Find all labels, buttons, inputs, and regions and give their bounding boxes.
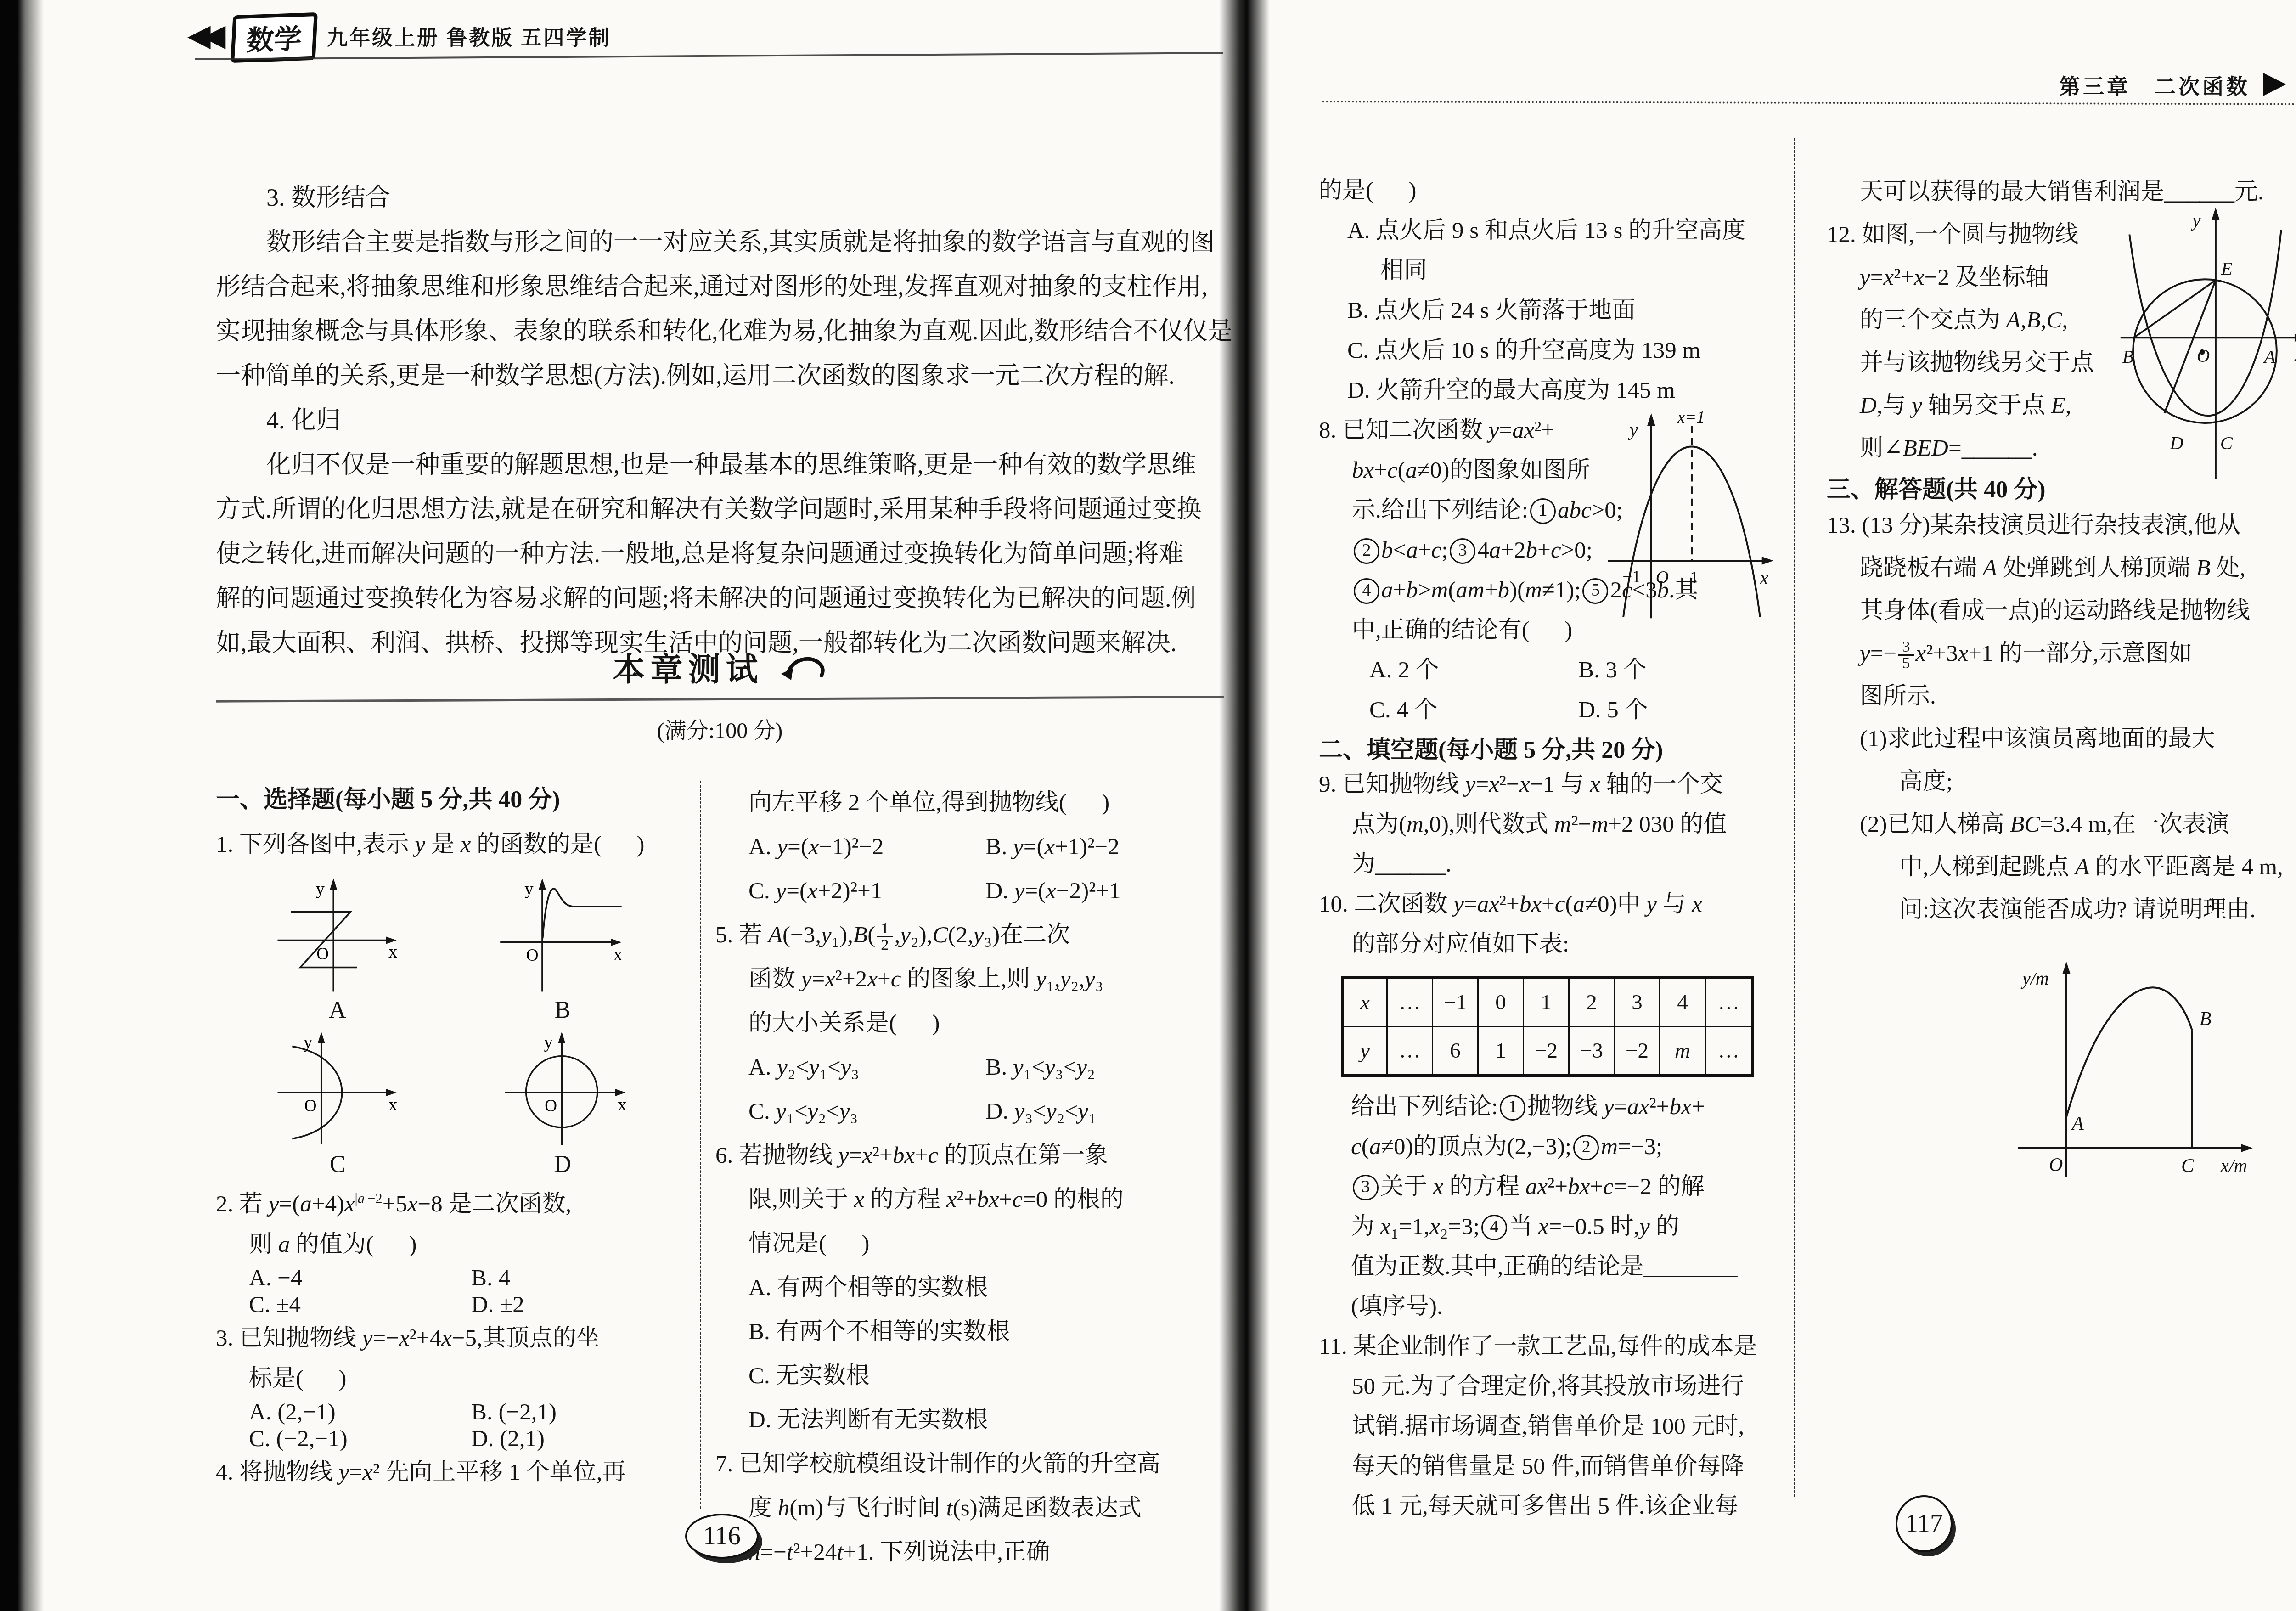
svg-text:−1: −1 xyxy=(1622,568,1641,586)
text-line: 限,则关于 x 的方程 x²+bx+c=0 的根的 xyxy=(715,1177,1223,1222)
svg-text:B: B xyxy=(2122,346,2134,367)
table-cell: 2 xyxy=(1570,979,1615,1026)
svg-text:x: x xyxy=(388,1095,397,1115)
question-12-figure: y x E B O A D C xyxy=(2116,203,2296,485)
text-line: D. 无法判断有无实数根 xyxy=(715,1398,1223,1442)
text-line: 的大小关系是( ) xyxy=(715,1001,1223,1045)
section-2-heading: 二、填空题(每小题 5 分,共 20 分) xyxy=(1319,730,1787,765)
svg-text:O: O xyxy=(316,945,329,963)
intro-section: 3. 数形结合 数形结合主要是指数与形之间的一一对应关系,其实质就是将抽象的数学… xyxy=(216,175,1224,665)
graph-a-zigzag: y x O xyxy=(269,873,406,997)
option: B. 4 xyxy=(471,1265,693,1291)
text-line: 中,人梯到起跳点 A 的水平距离是 4 m, xyxy=(1827,846,2296,889)
text-line: 数形结合主要是指数与形之间的一一对应关系,其实质就是将抽象的数学语言与直观的图 xyxy=(216,220,1224,265)
svg-text:x: x xyxy=(1760,567,1768,588)
page-number-value: 116 xyxy=(703,1521,741,1551)
text-line: 问:这次表演能否成功? 请说明理由. xyxy=(1827,889,2296,931)
header-rule-left xyxy=(195,52,1223,60)
svg-text:O: O xyxy=(545,1097,557,1115)
option: D. (2,1) xyxy=(471,1425,693,1452)
text-line: 为______. xyxy=(1319,845,1787,884)
svg-text:D: D xyxy=(2169,432,2183,453)
option: A. y₂<y₁<y₃ xyxy=(748,1045,986,1089)
book-spine-shadow xyxy=(1219,0,1270,1611)
graph-option-a: y x O A xyxy=(225,873,450,1024)
chapter-test-banner: 本章测试 xyxy=(216,644,1224,690)
intro-subsection-3-title: 3. 数形结合 xyxy=(216,175,1224,220)
option: C. ±4 xyxy=(249,1291,471,1318)
subject-logo-label: 数学 xyxy=(246,17,303,58)
text-line: C. 无实数根 xyxy=(715,1354,1223,1398)
question-1-graphs: y x O A y x O xyxy=(225,873,675,1178)
graph-c-sideways-parabola: y x O xyxy=(269,1028,406,1151)
table-cell: 3 xyxy=(1615,979,1660,1026)
text-line: 方式.所谓的化归思想方法,就是在研究和解决有关数学问题时,采用某种手段将问题通过… xyxy=(216,487,1224,532)
banner-rule xyxy=(216,696,1224,703)
right-page-column-1: 的是( ) A. 点火后 9 s 和点火后 13 s 的升空高度相同B. 点火后… xyxy=(1319,171,1787,1527)
left-page-column-1: 一、选择题(每小题 5 分,共 40 分) 1. 下列各图中,表示 y 是 x … xyxy=(216,777,693,1493)
page-number-left: 116 xyxy=(685,1514,759,1559)
left-page-column-2: 向左平移 2 个单位,得到抛物线( ) A. y=(x−1)²−2B. y=(x… xyxy=(715,781,1223,1574)
intro-subsection-3-body: 数形结合主要是指数与形之间的一一对应关系,其实质就是将抽象的数学语言与直观的图形… xyxy=(216,220,1224,398)
option: C. (−2,−1) xyxy=(249,1425,471,1452)
header-arrows-left-icon: ◀◀ xyxy=(187,17,218,53)
svg-text:y/m: y/m xyxy=(2020,968,2049,989)
svg-text:O: O xyxy=(2049,1155,2063,1176)
question-7-continued: 的是( ) xyxy=(1319,171,1787,211)
question-3-options: A. (2,−1)B. (−2,1)C. (−2,−1)D. (2,1) xyxy=(216,1399,693,1452)
score-note: (满分:100 分) xyxy=(216,713,1224,744)
svg-text:y: y xyxy=(304,1032,313,1052)
text-line: 3. 已知抛物线 y=−x²+4x−5,其顶点的坐 xyxy=(216,1318,693,1358)
text-line: B. 点火后 24 s 火箭落于地面 xyxy=(1347,291,1787,331)
question-10-conclusions: 给出下列结论:1抛物线 y=ax²+bx+c(a≠0)的顶点为(2,−3);2m… xyxy=(1351,1087,1787,1327)
return-arrow-icon xyxy=(777,651,827,684)
option: B. y=(x+1)²−2 xyxy=(986,825,1223,869)
graph-d-circle: y x O xyxy=(494,1028,631,1151)
text-line: c(a≠0)的顶点为(2,−3);2m=−3; xyxy=(1351,1127,1787,1167)
q10-value-table: x…−101234… y…61−2−3−2m… xyxy=(1341,976,1754,1077)
question-8-figure: y x x=1 −1 O 1 xyxy=(1602,408,1782,626)
svg-text:1: 1 xyxy=(1690,569,1699,587)
q12-circle-parabola-graph: y x E B O A D C xyxy=(2116,203,2296,483)
question-5: 5. 若 A(−3,y₁),B(12,y₂),C(2,y₃)在二次函数 y=x²… xyxy=(715,913,1223,1045)
q13-trajectory-graph: y/m x/m O A B C xyxy=(2007,952,2264,1181)
svg-text:x: x xyxy=(613,945,622,964)
option: A. (2,−1) xyxy=(249,1399,471,1425)
text-line: 50 元.为了合理定价,将其投放市场进行 xyxy=(1319,1367,1787,1407)
question-13-figure: y/m x/m O A B C xyxy=(2007,952,2264,1183)
svg-text:A: A xyxy=(2263,346,2276,367)
table-cell: … xyxy=(1706,979,1751,1026)
table-cell: 0 xyxy=(1479,979,1524,1026)
svg-text:y: y xyxy=(315,879,325,899)
svg-text:O: O xyxy=(1656,568,1669,587)
svg-text:y: y xyxy=(524,879,534,899)
graph-caption: B xyxy=(450,997,675,1024)
question-2-options: A. −4B. 4C. ±4D. ±2 xyxy=(216,1265,693,1318)
svg-text:E: E xyxy=(2221,258,2233,279)
text-line: 2. 若 y=(a+4)x|a|−2+5x−8 是二次函数, xyxy=(216,1178,693,1224)
text-line: 每天的销售量是 50 件,而销售单价每降 xyxy=(1319,1447,1787,1487)
option: A. −4 xyxy=(249,1265,471,1291)
text-line: A. 点火后 9 s 和点火后 13 s 的升空高度 xyxy=(1347,211,1787,251)
table-row-y: y…61−2−3−2m… xyxy=(1344,1027,1751,1074)
text-line: 则 a 的值为( ) xyxy=(216,1224,693,1265)
question-9: 9. 已知抛物线 y=x²−x−1 与 x 轴的一个交点为(m,0),则代数式 … xyxy=(1319,765,1787,884)
text-line: 标是( ) xyxy=(216,1358,693,1399)
graph-option-d: y x O D xyxy=(450,1028,675,1178)
table-row-x: x…−101234… xyxy=(1344,979,1751,1027)
option: C. y=(x+2)²+1 xyxy=(748,869,986,913)
text-line: 其身体(看成一点)的运动路线是抛物线 xyxy=(1827,590,2296,632)
graph-option-c: y x O C xyxy=(225,1028,450,1178)
question-4-continued: 向左平移 2 个单位,得到抛物线( ) xyxy=(715,781,1223,825)
option: B. 3 个 xyxy=(1578,650,1787,690)
text-line: 3关于 x 的方程 ax²+bx+c=−2 的解 xyxy=(1351,1167,1787,1207)
text-line: 度 h(m)与飞行时间 t(s)满足函数表达式 xyxy=(715,1486,1223,1530)
table-cell: x xyxy=(1344,979,1388,1026)
question-1: 1. 下列各图中,表示 y 是 x 的函数的是( ) xyxy=(216,823,693,866)
table-cell: 4 xyxy=(1660,979,1706,1026)
text-line: 点为(m,0),则代数式 m²−m+2 030 的值 xyxy=(1319,805,1787,845)
text-line: 跷跷板右端 A 处弹跳到人梯顶端 B 处, xyxy=(1827,547,2296,590)
page-number-right: 117 xyxy=(1896,1495,1953,1552)
textbook-scan: ◀◀ 数学 九年级上册 鲁教版 五四学制 3. 数形结合 数形结合主要是指数与形… xyxy=(0,0,2296,1611)
option: D. y₃<y₂<y₁ xyxy=(986,1089,1223,1133)
text-line: (1)求此过程中该演员离地面的最大 xyxy=(1827,718,2296,760)
option: A. 2 个 xyxy=(1369,650,1578,690)
question-2: 2. 若 y=(a+4)x|a|−2+5x−8 是二次函数,则 a 的值为( )… xyxy=(216,1178,693,1318)
text-line: 一种简单的关系,更是一种数学思想(方法).例如,运用二次函数的图象求一元二次方程… xyxy=(216,354,1224,398)
text-line: 4. 将抛物线 y=x² 先向上平移 1 个单位,再 xyxy=(216,1452,693,1493)
table-cell: −1 xyxy=(1433,979,1479,1026)
question-4-start: 4. 将抛物线 y=x² 先向上平移 1 个单位,再 xyxy=(216,1452,693,1493)
svg-text:x=1: x=1 xyxy=(1677,408,1705,427)
question-11: 11. 某企业制作了一款工艺品,每件的成本是50 元.为了合理定价,将其投放市场… xyxy=(1319,1327,1787,1527)
q8-parabola-graph: y x x=1 −1 O 1 xyxy=(1602,408,1782,624)
option: C. y₁<y₂<y₃ xyxy=(748,1089,986,1133)
table-cell: −3 xyxy=(1570,1027,1615,1074)
text-line: 相同 xyxy=(1347,251,1787,291)
header-rule-right xyxy=(1322,101,2296,105)
option: D. y=(x−2)²+1 xyxy=(986,869,1223,913)
svg-text:O: O xyxy=(2197,346,2210,366)
svg-text:B: B xyxy=(2200,1008,2212,1030)
question-4-options: A. y=(x−1)²−2B. y=(x+1)²−2C. y=(x+2)²+1D… xyxy=(715,825,1223,913)
svg-text:C: C xyxy=(2220,432,2233,453)
page-edge-shadow-left xyxy=(0,0,44,1611)
intro-subsection-4-title: 4. 化归 xyxy=(216,398,1224,443)
text-line: 值为正数.其中,正确的结论是________ xyxy=(1351,1247,1787,1287)
question-7: 7. 已知学校航模组设计制作的火箭的升空高度 h(m)与飞行时间 t(s)满足函… xyxy=(715,1442,1223,1574)
svg-text:y: y xyxy=(544,1032,553,1052)
svg-text:C: C xyxy=(2181,1155,2195,1177)
column-divider-right-page xyxy=(1794,138,1795,1497)
table-cell: m xyxy=(1660,1027,1706,1074)
text-line: B. 有两个不相等的实数根 xyxy=(715,1310,1223,1354)
question-13: 13. (13 分)某杂技演员进行杂技表演,他从跷跷板右端 A 处弹跳到人梯顶端… xyxy=(1827,504,2296,931)
table-cell: 1 xyxy=(1479,1027,1524,1074)
text-line: C. 点火后 10 s 的升空高度为 139 m xyxy=(1347,331,1787,371)
text-line: 给出下列结论:1抛物线 y=ax²+bx+ xyxy=(1351,1087,1787,1127)
question-8-options: A. 2 个B. 3 个C. 4 个D. 5 个 xyxy=(1319,650,1787,730)
text-line: 的部分对应值如下表: xyxy=(1319,924,1787,964)
table-cell: … xyxy=(1388,1027,1433,1074)
table-cell: … xyxy=(1388,979,1433,1026)
page-number-value: 117 xyxy=(1905,1509,1943,1538)
subject-logo: 数学 xyxy=(231,12,318,63)
text-line: 函数 y=x²+2x+c 的图象上,则 y₁,y₂,y₃ xyxy=(715,957,1223,1001)
option: A. y=(x−1)²−2 xyxy=(748,825,986,869)
text-line: 10. 二次函数 y=ax²+bx+c(a≠0)中 y 与 x xyxy=(1319,884,1787,924)
text-line: A. 有两个相等的实数根 xyxy=(715,1266,1223,1310)
text-line: 11. 某企业制作了一款工艺品,每件的成本是 xyxy=(1319,1327,1787,1367)
svg-text:y: y xyxy=(2190,209,2201,231)
text-line: 图所示. xyxy=(1827,675,2296,718)
graph-option-b: y x O B xyxy=(450,873,675,1024)
text-line: 形结合起来,将抽象思维和形象思维结合起来,通过对图形的处理,发挥直观对抽象的支柱… xyxy=(216,265,1224,309)
text-line: 高度; xyxy=(1827,760,2296,803)
option: D. ±2 xyxy=(471,1291,693,1318)
chapter-test-title: 本章测试 xyxy=(613,653,764,688)
text-line: 6. 若抛物线 y=x²+bx+c 的顶点在第一象 xyxy=(715,1133,1223,1177)
text-line: h=−t²+24t+1. 下列说法中,正确 xyxy=(715,1530,1223,1574)
question-5-options: A. y₂<y₁<y₃B. y₁<y₃<y₂C. y₁<y₂<y₃D. y₃<y… xyxy=(715,1045,1223,1133)
text-line: 情况是( ) xyxy=(715,1222,1223,1266)
text-line: 解的问题通过变换转化为容易求解的问题;将未解决的问题通过变换转化为已解决的问题.… xyxy=(216,576,1224,621)
svg-text:x: x xyxy=(388,942,397,962)
question-3: 3. 已知抛物线 y=−x²+4x−5,其顶点的坐标是( ) A. (2,−1)… xyxy=(216,1318,693,1452)
option: B. (−2,1) xyxy=(471,1399,693,1425)
svg-text:O: O xyxy=(304,1097,317,1115)
svg-text:x/m: x/m xyxy=(2220,1155,2247,1176)
chapter-header: 第三章 二次函数 xyxy=(2011,70,2250,100)
option: D. 5 个 xyxy=(1578,690,1787,730)
text-line: 13. (13 分)某杂技演员进行杂技表演,他从 xyxy=(1827,504,2296,547)
svg-text:x: x xyxy=(2294,344,2296,365)
table-cell: 6 xyxy=(1433,1027,1479,1074)
text-line: (填序号). xyxy=(1351,1287,1787,1327)
question-6: 6. 若抛物线 y=x²+bx+c 的顶点在第一象限,则关于 x 的方程 x²+… xyxy=(715,1133,1223,1442)
table-cell: … xyxy=(1706,1027,1751,1074)
column-divider-left-page xyxy=(700,781,701,1509)
edition-text: 九年级上册 鲁教版 五四学制 xyxy=(327,21,611,51)
header-arrow-right-icon: ▶ xyxy=(2263,64,2286,100)
intro-subsection-4-body: 化归不仅是一种重要的解题思想,也是一种最基本的思维策略,更是一种有效的数学思维方… xyxy=(216,443,1224,665)
graph-caption: D xyxy=(450,1151,675,1178)
svg-text:A: A xyxy=(2071,1113,2084,1134)
text-line: D. 火箭升空的最大高度为 145 m xyxy=(1347,371,1787,411)
option: B. y₁<y₃<y₂ xyxy=(986,1045,1223,1089)
graph-caption: A xyxy=(225,997,450,1024)
text-line: 9. 已知抛物线 y=x²−x−1 与 x 轴的一个交 xyxy=(1319,765,1787,805)
text-line: 低 1 元,每天就可多售出 5 件.该企业每 xyxy=(1319,1487,1787,1527)
svg-text:x: x xyxy=(618,1095,626,1115)
text-line: (2)已知人梯高 BC=3.4 m,在一次表演 xyxy=(1827,803,2296,846)
svg-text:O: O xyxy=(526,946,539,965)
graph-b-curve: y x O xyxy=(494,873,631,997)
text-line: 化归不仅是一种重要的解题思想,也是一种最基本的思维策略,更是一种有效的数学思维 xyxy=(216,443,1224,487)
table-cell: −2 xyxy=(1615,1027,1660,1074)
question-10: 10. 二次函数 y=ax²+bx+c(a≠0)中 y 与 x的部分对应值如下表… xyxy=(1319,884,1787,964)
option: C. 4 个 xyxy=(1369,690,1578,730)
text-line: 为 x₁=1,x₂=3;4当 x=−0.5 时,y 的 xyxy=(1351,1207,1787,1247)
text-line: 使之转化,进而解决问题的一种方法.一般地,总是将复杂问题通过变换转化为简单问题;… xyxy=(216,532,1224,576)
text-line: y=−35x²+3x+1 的一部分,示意图如 xyxy=(1827,632,2296,675)
section-1-heading: 一、选择题(每小题 5 分,共 40 分) xyxy=(216,777,693,823)
graph-caption: C xyxy=(225,1151,450,1178)
text-line: 试销.据市场调查,销售单价是 100 元时, xyxy=(1319,1407,1787,1447)
svg-text:y: y xyxy=(1628,419,1638,440)
text-line: 实现抽象概念与具体形象、表象的联系和转化,化难为易,化抽象为直观.因此,数形结合… xyxy=(216,309,1224,354)
text-line: 7. 已知学校航模组设计制作的火箭的升空高 xyxy=(715,1442,1223,1486)
table-cell: −2 xyxy=(1524,1027,1570,1074)
question-7-options: A. 点火后 9 s 和点火后 13 s 的升空高度相同B. 点火后 24 s … xyxy=(1347,211,1787,411)
table-cell: 1 xyxy=(1524,979,1570,1026)
table-cell: y xyxy=(1344,1027,1388,1074)
text-line: 5. 若 A(−3,y₁),B(12,y₂),C(2,y₃)在二次 xyxy=(715,913,1223,957)
